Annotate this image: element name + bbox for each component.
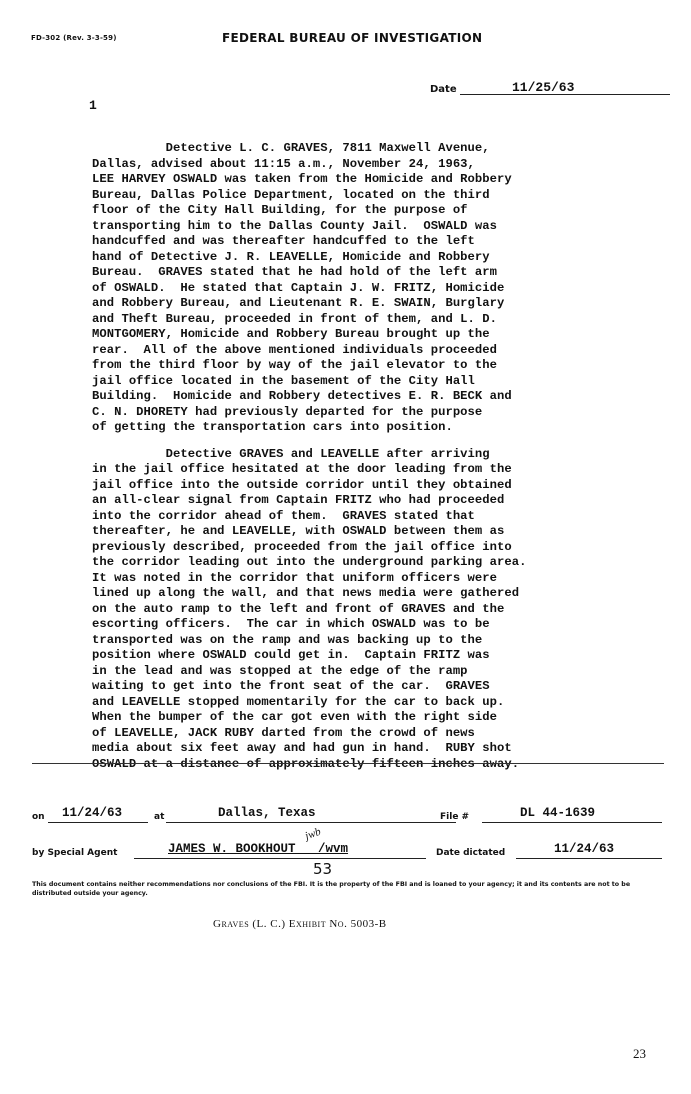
text-line: of OSWALD. He stated that Captain J. W. …: [92, 281, 652, 297]
text-line: of LEAVELLE, JACK RUBY darted from the c…: [92, 726, 652, 742]
text-line: Detective GRAVES and LEAVELLE after arri…: [92, 447, 652, 463]
text-line: handcuffed and was thereafter handcuffed…: [92, 234, 652, 250]
text-line: C. N. DHORETY had previously departed fo…: [92, 405, 652, 421]
text-line: position where OSWALD could get in. Capt…: [92, 648, 652, 664]
text-line: Dallas, advised about 11:15 a.m., Novemb…: [92, 157, 652, 173]
text-line: LEE HARVEY OSWALD was taken from the Hom…: [92, 172, 652, 188]
text-line: Detective L. C. GRAVES, 7811 Maxwell Ave…: [92, 141, 652, 157]
text-line: escorting officers. The car in which OSW…: [92, 617, 652, 633]
text-line: from the third floor by way of the jail …: [92, 358, 652, 374]
text-line: previously described, proceeded from the…: [92, 540, 652, 556]
file-number: DL 44-1639: [520, 806, 595, 820]
date-label: Date: [430, 84, 457, 95]
disclaimer-text: This document contains neither recommend…: [32, 881, 652, 898]
text-line: into the corridor ahead of them. GRAVES …: [92, 509, 652, 525]
text-line: jail office located in the basement of t…: [92, 374, 652, 390]
exhibit-label: Graves (L. C.) Exhibit No. 5003-B: [213, 918, 387, 930]
text-line: When the bumper of the car got even with…: [92, 710, 652, 726]
paragraph: Detective L. C. GRAVES, 7811 Maxwell Ave…: [92, 141, 652, 436]
agent-info-row: by Special Agent JAMES W. BOOKHOUT /wvm …: [32, 842, 662, 860]
form-number: FD-302 (Rev. 3-3-59): [31, 34, 117, 42]
paragraph: Detective GRAVES and LEAVELLE after arri…: [92, 447, 652, 773]
on-label: on: [32, 812, 45, 822]
dictated-underline: [516, 858, 662, 859]
interview-info-row: on 11/24/63 at Dallas, Texas File # DL 4…: [32, 806, 662, 824]
dictated-date: 11/24/63: [554, 842, 614, 856]
text-line: and Robbery Bureau, and Lieutenant R. E.…: [92, 296, 652, 312]
at-label: at: [154, 812, 164, 822]
dictated-label: Date dictated: [436, 848, 505, 858]
text-line: and Theft Bureau, proceeded in front of …: [92, 312, 652, 328]
file-underline: [482, 822, 662, 823]
agent-underline: [134, 858, 426, 859]
text-line: transported was on the ramp and was back…: [92, 633, 652, 649]
separator-rule: [32, 763, 664, 764]
text-line: It was noted in the corridor that unifor…: [92, 571, 652, 587]
report-date-field: Date 11/25/63: [430, 80, 670, 96]
text-line: thereafter, he and LEAVELLE, with OSWALD…: [92, 524, 652, 540]
text-line: of getting the transportation cars into …: [92, 420, 652, 436]
text-line: rear. All of the above mentioned individ…: [92, 343, 652, 359]
on-underline: [48, 822, 148, 823]
text-line: floor of the City Hall Building, for the…: [92, 203, 652, 219]
text-line: the corridor leading out into the underg…: [92, 555, 652, 571]
text-line: Building. Homicide and Robbery detective…: [92, 389, 652, 405]
interview-date: 11/24/63: [62, 806, 122, 820]
text-line: OSWALD at a distance of approximately fi…: [92, 757, 652, 773]
agency-title: FEDERAL BUREAU OF INVESTIGATION: [222, 31, 482, 45]
file-label: File #: [440, 812, 469, 822]
page-marker: 1: [89, 98, 97, 113]
report-body: Detective L. C. GRAVES, 7811 Maxwell Ave…: [92, 141, 652, 783]
text-line: in the jail office hesitated at the door…: [92, 462, 652, 478]
text-line: Bureau, Dallas Police Department, locate…: [92, 188, 652, 204]
interview-location: Dallas, Texas: [218, 806, 316, 820]
text-line: transporting him to the Dallas County Ja…: [92, 219, 652, 235]
text-line: waiting to get into the front seat of th…: [92, 679, 652, 695]
text-line: on the auto ramp to the left and front o…: [92, 602, 652, 618]
text-line: in the lead and was stopped at the edge …: [92, 664, 652, 680]
handwritten-initials: jwb: [303, 826, 322, 843]
agent-label: by Special Agent: [32, 848, 117, 858]
date-value: 11/25/63: [512, 80, 574, 95]
text-line: MONTGOMERY, Homicide and Robbery Bureau …: [92, 327, 652, 343]
text-line: Bureau. GRAVES stated that he had hold o…: [92, 265, 652, 281]
agent-name: JAMES W. BOOKHOUT /wvm: [168, 842, 348, 856]
text-line: media about six feet away and had gun in…: [92, 741, 652, 757]
text-line: an all-clear signal from Captain FRITZ w…: [92, 493, 652, 509]
at-underline: [166, 822, 456, 823]
text-line: hand of Detective J. R. LEAVELLE, Homici…: [92, 250, 652, 266]
text-line: lined up along the wall, and that news m…: [92, 586, 652, 602]
page-number: 23: [633, 1046, 646, 1062]
text-line: jail office into the outside corridor un…: [92, 478, 652, 494]
handwritten-number: 53: [313, 860, 332, 878]
text-line: and LEAVELLE stopped momentarily for the…: [92, 695, 652, 711]
